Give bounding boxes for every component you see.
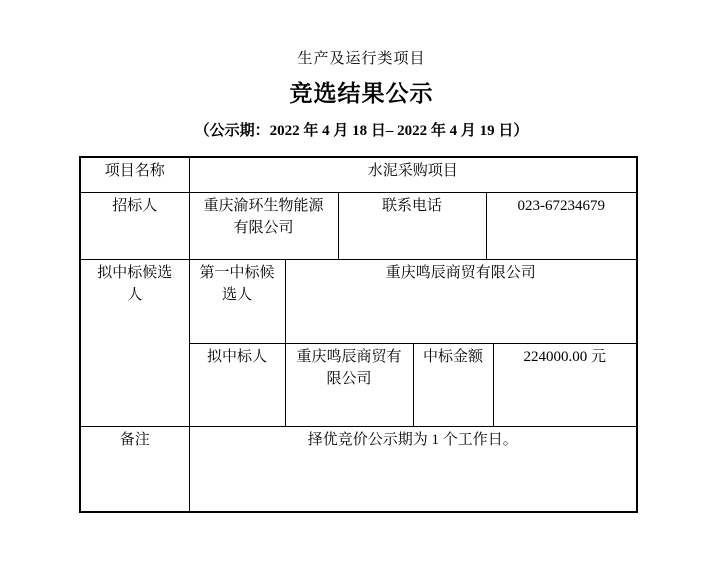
candidates-group-label-cell: 拟中标候选 人 [80,259,189,426]
contact-phone-label-cell: 联系电话 [338,192,486,259]
first-candidate-value-cell: 重庆鸣辰商贸有限公司 [285,259,637,343]
page-title: 竞选结果公示 [0,80,723,107]
remark-value-cell: 择优竞价公示期为 1 个工作日。 [189,426,637,512]
proposed-winner-label-cell: 拟中标人 [189,343,285,426]
publicity-period-label: （公示期：2022 年 4 月 18 日– 2022 年 4 月 19 日） [0,122,723,140]
bidder-label-cell: 招标人 [80,192,189,259]
proposed-winner-value-cell: 重庆鸣辰商贸有 限公司 [285,343,413,426]
contact-phone-value-cell: 023-67234679 [486,192,637,259]
announcement-document: 生产及运行类项目 竞选结果公示 （公示期：2022 年 4 月 18 日– 20… [0,0,723,581]
results-table: 项目名称 水泥采购项目 招标人 重庆渝环生物能源 有限公司 联系电话 023-6… [79,156,638,513]
first-candidate-row: 拟中标候选 人 第一中标候 选人 重庆鸣辰商贸有限公司 [80,259,637,343]
award-amount-value-cell: 224000.00 元 [493,343,637,426]
bidder-row: 招标人 重庆渝环生物能源 有限公司 联系电话 023-67234679 [80,192,637,259]
project-name-row: 项目名称 水泥采购项目 [80,157,637,192]
first-candidate-label-cell: 第一中标候 选人 [189,259,285,343]
project-name-label-cell: 项目名称 [80,157,189,192]
bidder-name-cell: 重庆渝环生物能源 有限公司 [189,192,338,259]
remark-row: 备注 择优竞价公示期为 1 个工作日。 [80,426,637,512]
remark-label-cell: 备注 [80,426,189,512]
category-label: 生产及运行类项目 [0,0,723,68]
project-name-value-cell: 水泥采购项目 [189,157,637,192]
award-amount-label-cell: 中标金额 [413,343,493,426]
